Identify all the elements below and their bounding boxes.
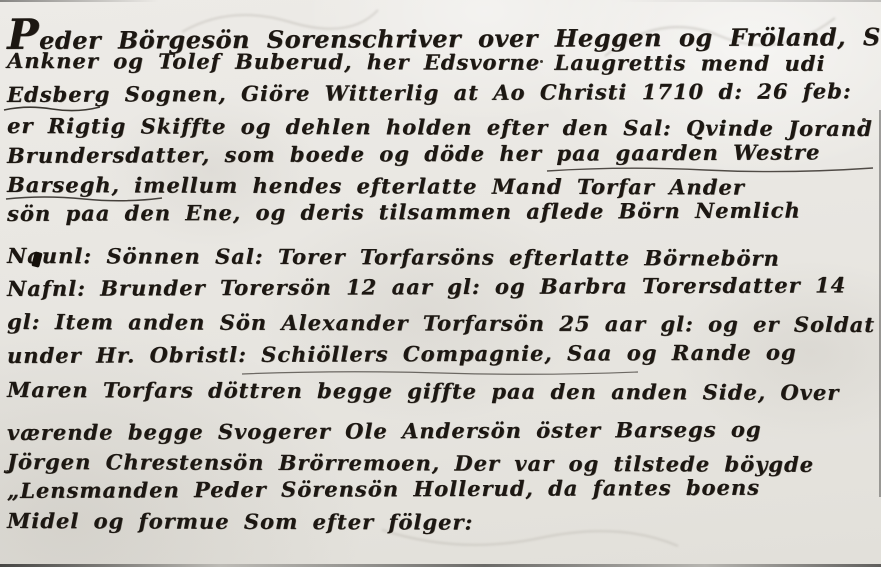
manuscript-line: Midel og formue Som efter fölger: — [7, 508, 473, 535]
manuscript-page: Peder Börgesön Sorenschriver over Heggen… — [0, 0, 881, 567]
ink-speck — [540, 60, 543, 63]
manuscript-text-block: Peder Börgesön Sorenschriver over Heggen… — [0, 0, 881, 567]
manuscript-line: „Lensmanden Peder Sörensön Hollerud, da … — [7, 475, 760, 503]
manuscript-line: Jörgen Chrestensön Brörremoen, Der var o… — [7, 449, 814, 477]
manuscript-line: under Hr. Obristl: Schiöllers Compagnie,… — [7, 340, 797, 368]
manuscript-line: Ankner og Tolef Buberud, her Edsvorne La… — [7, 48, 826, 76]
manuscript-line: er Rigtig Skiffte og dehlen holden efter… — [7, 113, 873, 141]
manuscript-line: Brundersdatter, som boede og döde her pa… — [7, 139, 820, 168]
manuscript-line: Naunl: Sönnen Sal: Torer Torfarsöns efte… — [7, 243, 780, 271]
manuscript-line: sön paa den Ene, og deris tilsammen afle… — [7, 198, 801, 226]
manuscript-line: Barsegh, imellum hendes efterlatte Mand … — [7, 172, 745, 200]
ink-speck — [862, 118, 866, 122]
manuscript-line: værende begge Svogerer Ole Andersön öste… — [7, 417, 762, 445]
manuscript-line: Nafnl: Brunder Torersön 12 aar gl: og Ba… — [7, 272, 846, 301]
manuscript-line: Edsberg Sognen, Giöre Witterlig at Ao Ch… — [7, 78, 852, 107]
manuscript-line: gl: Item anden Sön Alexander Torfarsön 2… — [7, 309, 875, 337]
ink-speck — [6, 470, 9, 473]
manuscript-line: Maren Torfars döttren begge giffte paa d… — [7, 377, 839, 405]
scan-edge-top — [0, 0, 881, 2]
